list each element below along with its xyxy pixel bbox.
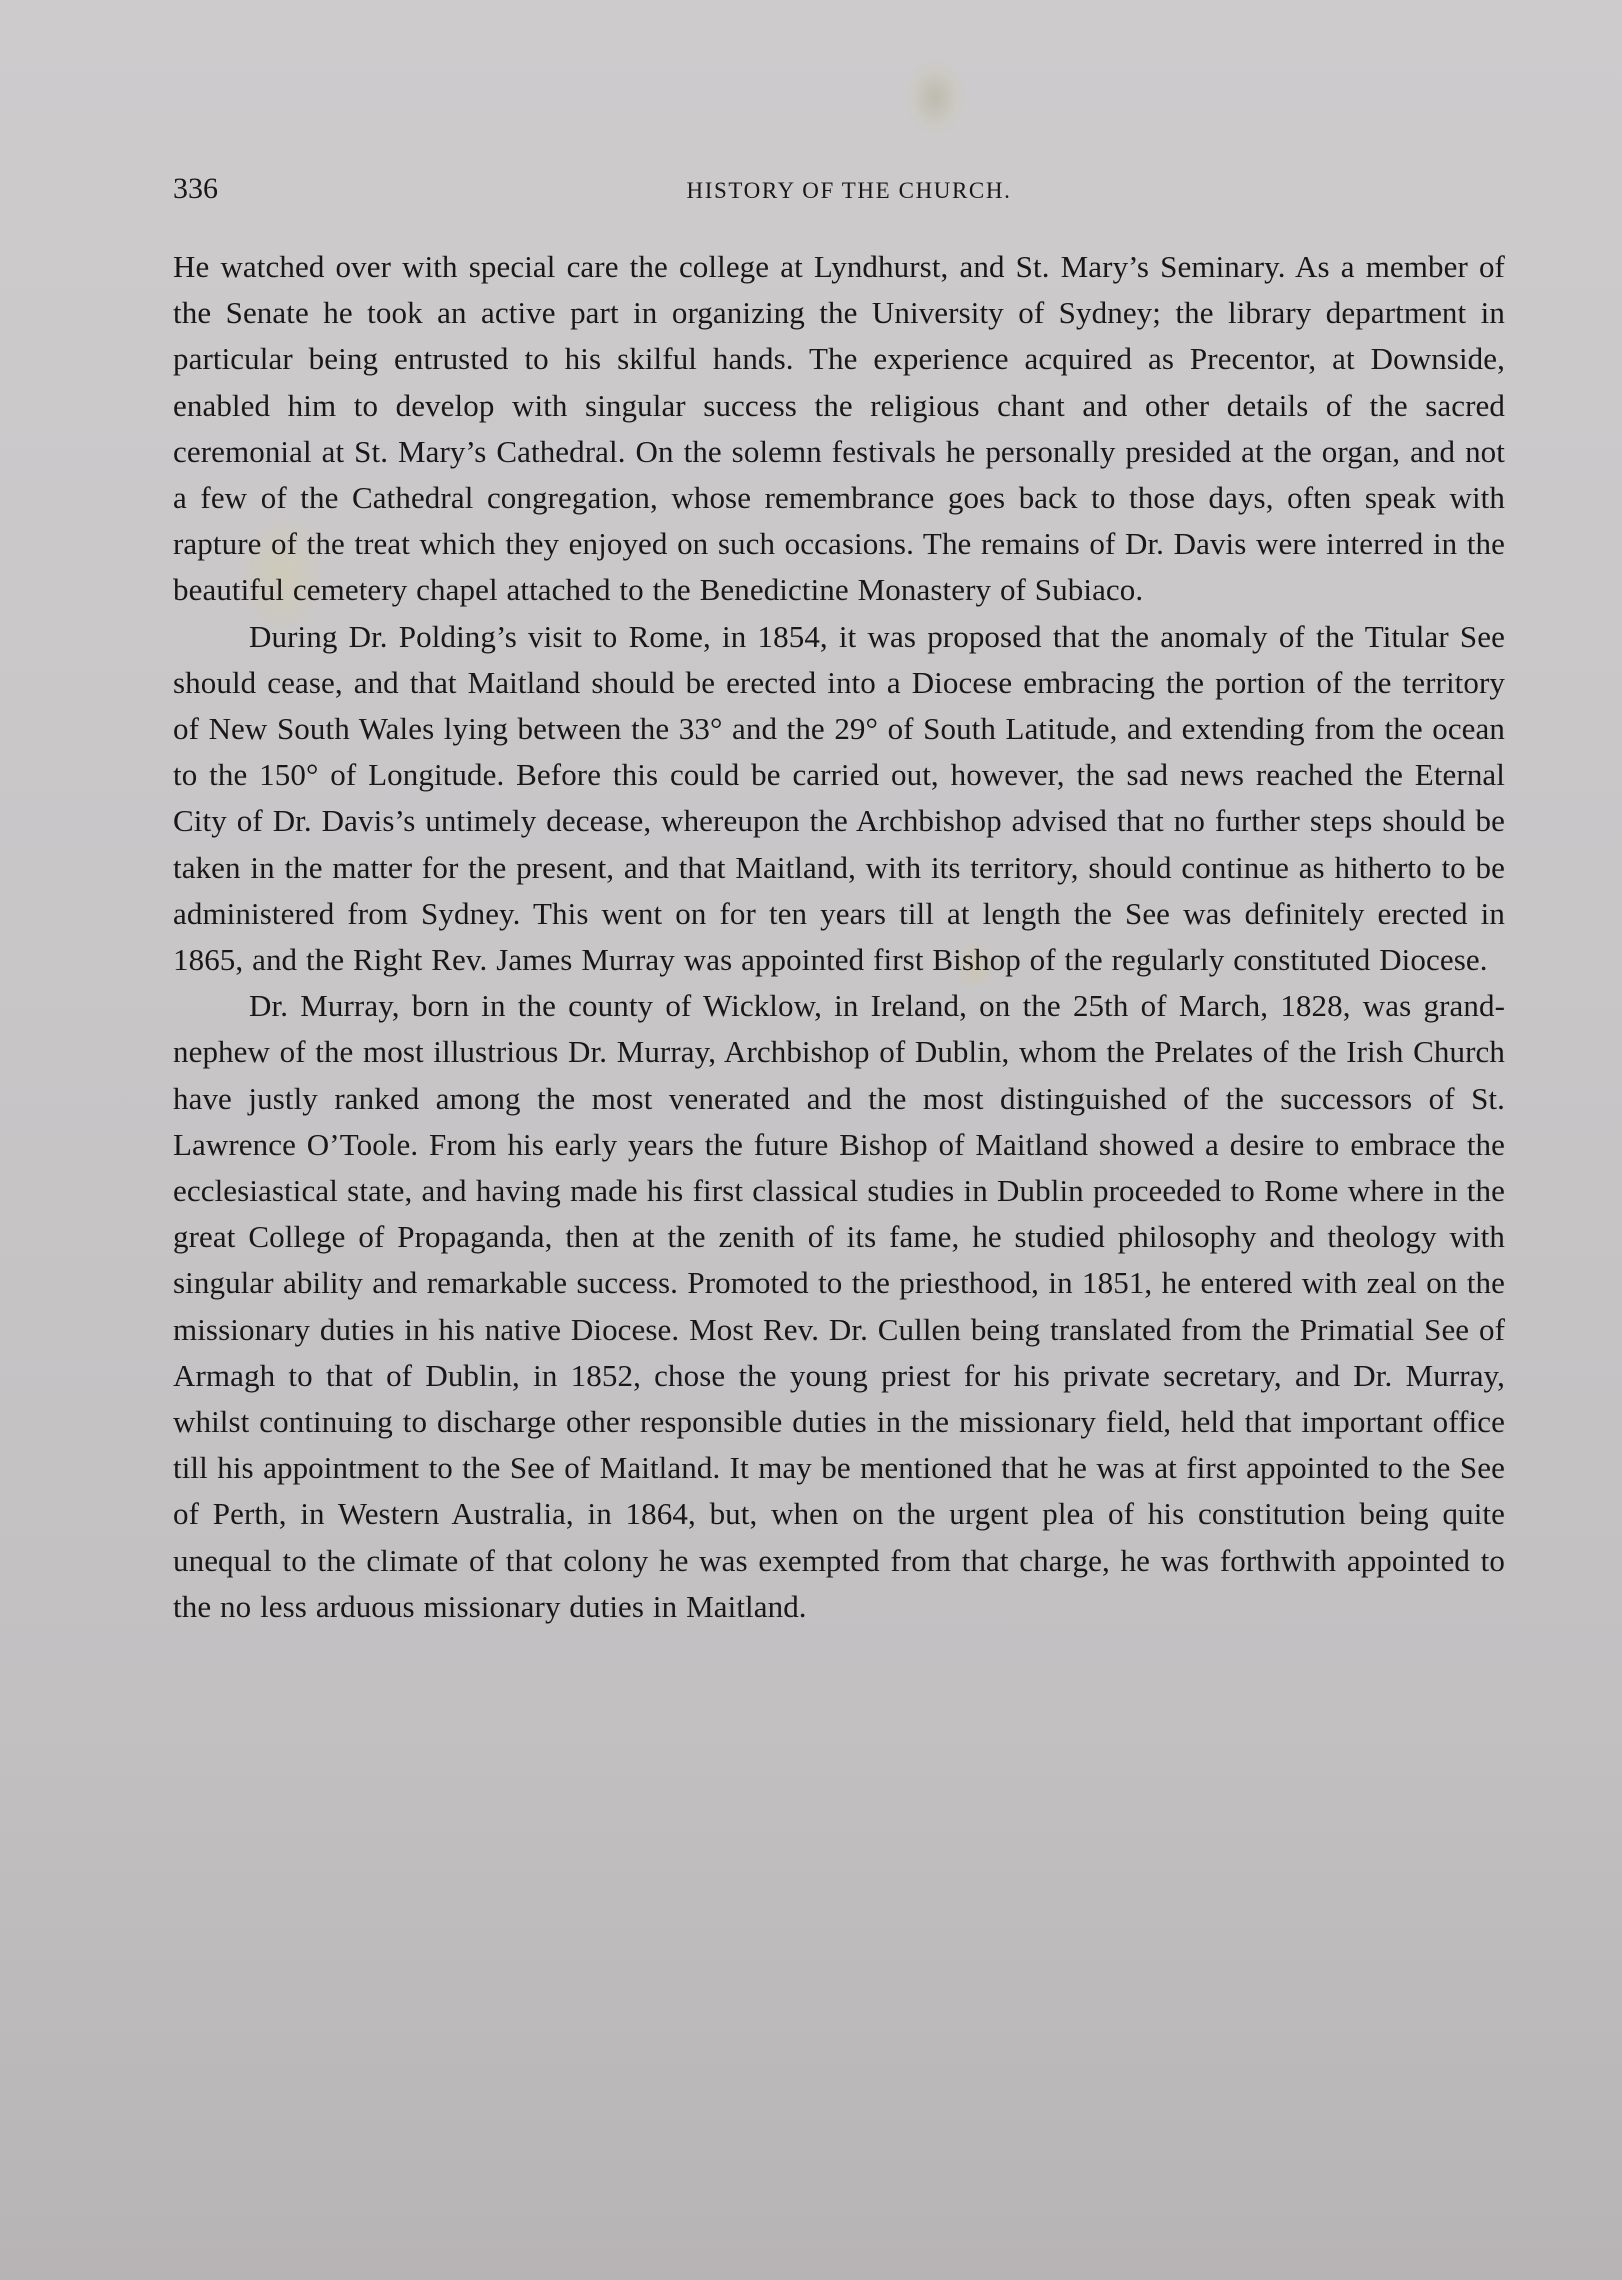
paragraph-2: During Dr. Polding’s visit to Rome, in 1… bbox=[173, 614, 1505, 984]
paragraph-1: He watched over with special care the co… bbox=[173, 244, 1505, 614]
running-title: HISTORY OF THE CHURCH. bbox=[173, 178, 1505, 204]
body-text: He watched over with special care the co… bbox=[173, 244, 1505, 1630]
paper-stain bbox=[905, 60, 965, 135]
paragraph-3: Dr. Murray, born in the county of Wicklo… bbox=[173, 983, 1505, 1630]
book-page: 336 HISTORY OF THE CHURCH. He watched ov… bbox=[0, 0, 1622, 2280]
running-header: 336 HISTORY OF THE CHURCH. bbox=[173, 172, 1505, 212]
